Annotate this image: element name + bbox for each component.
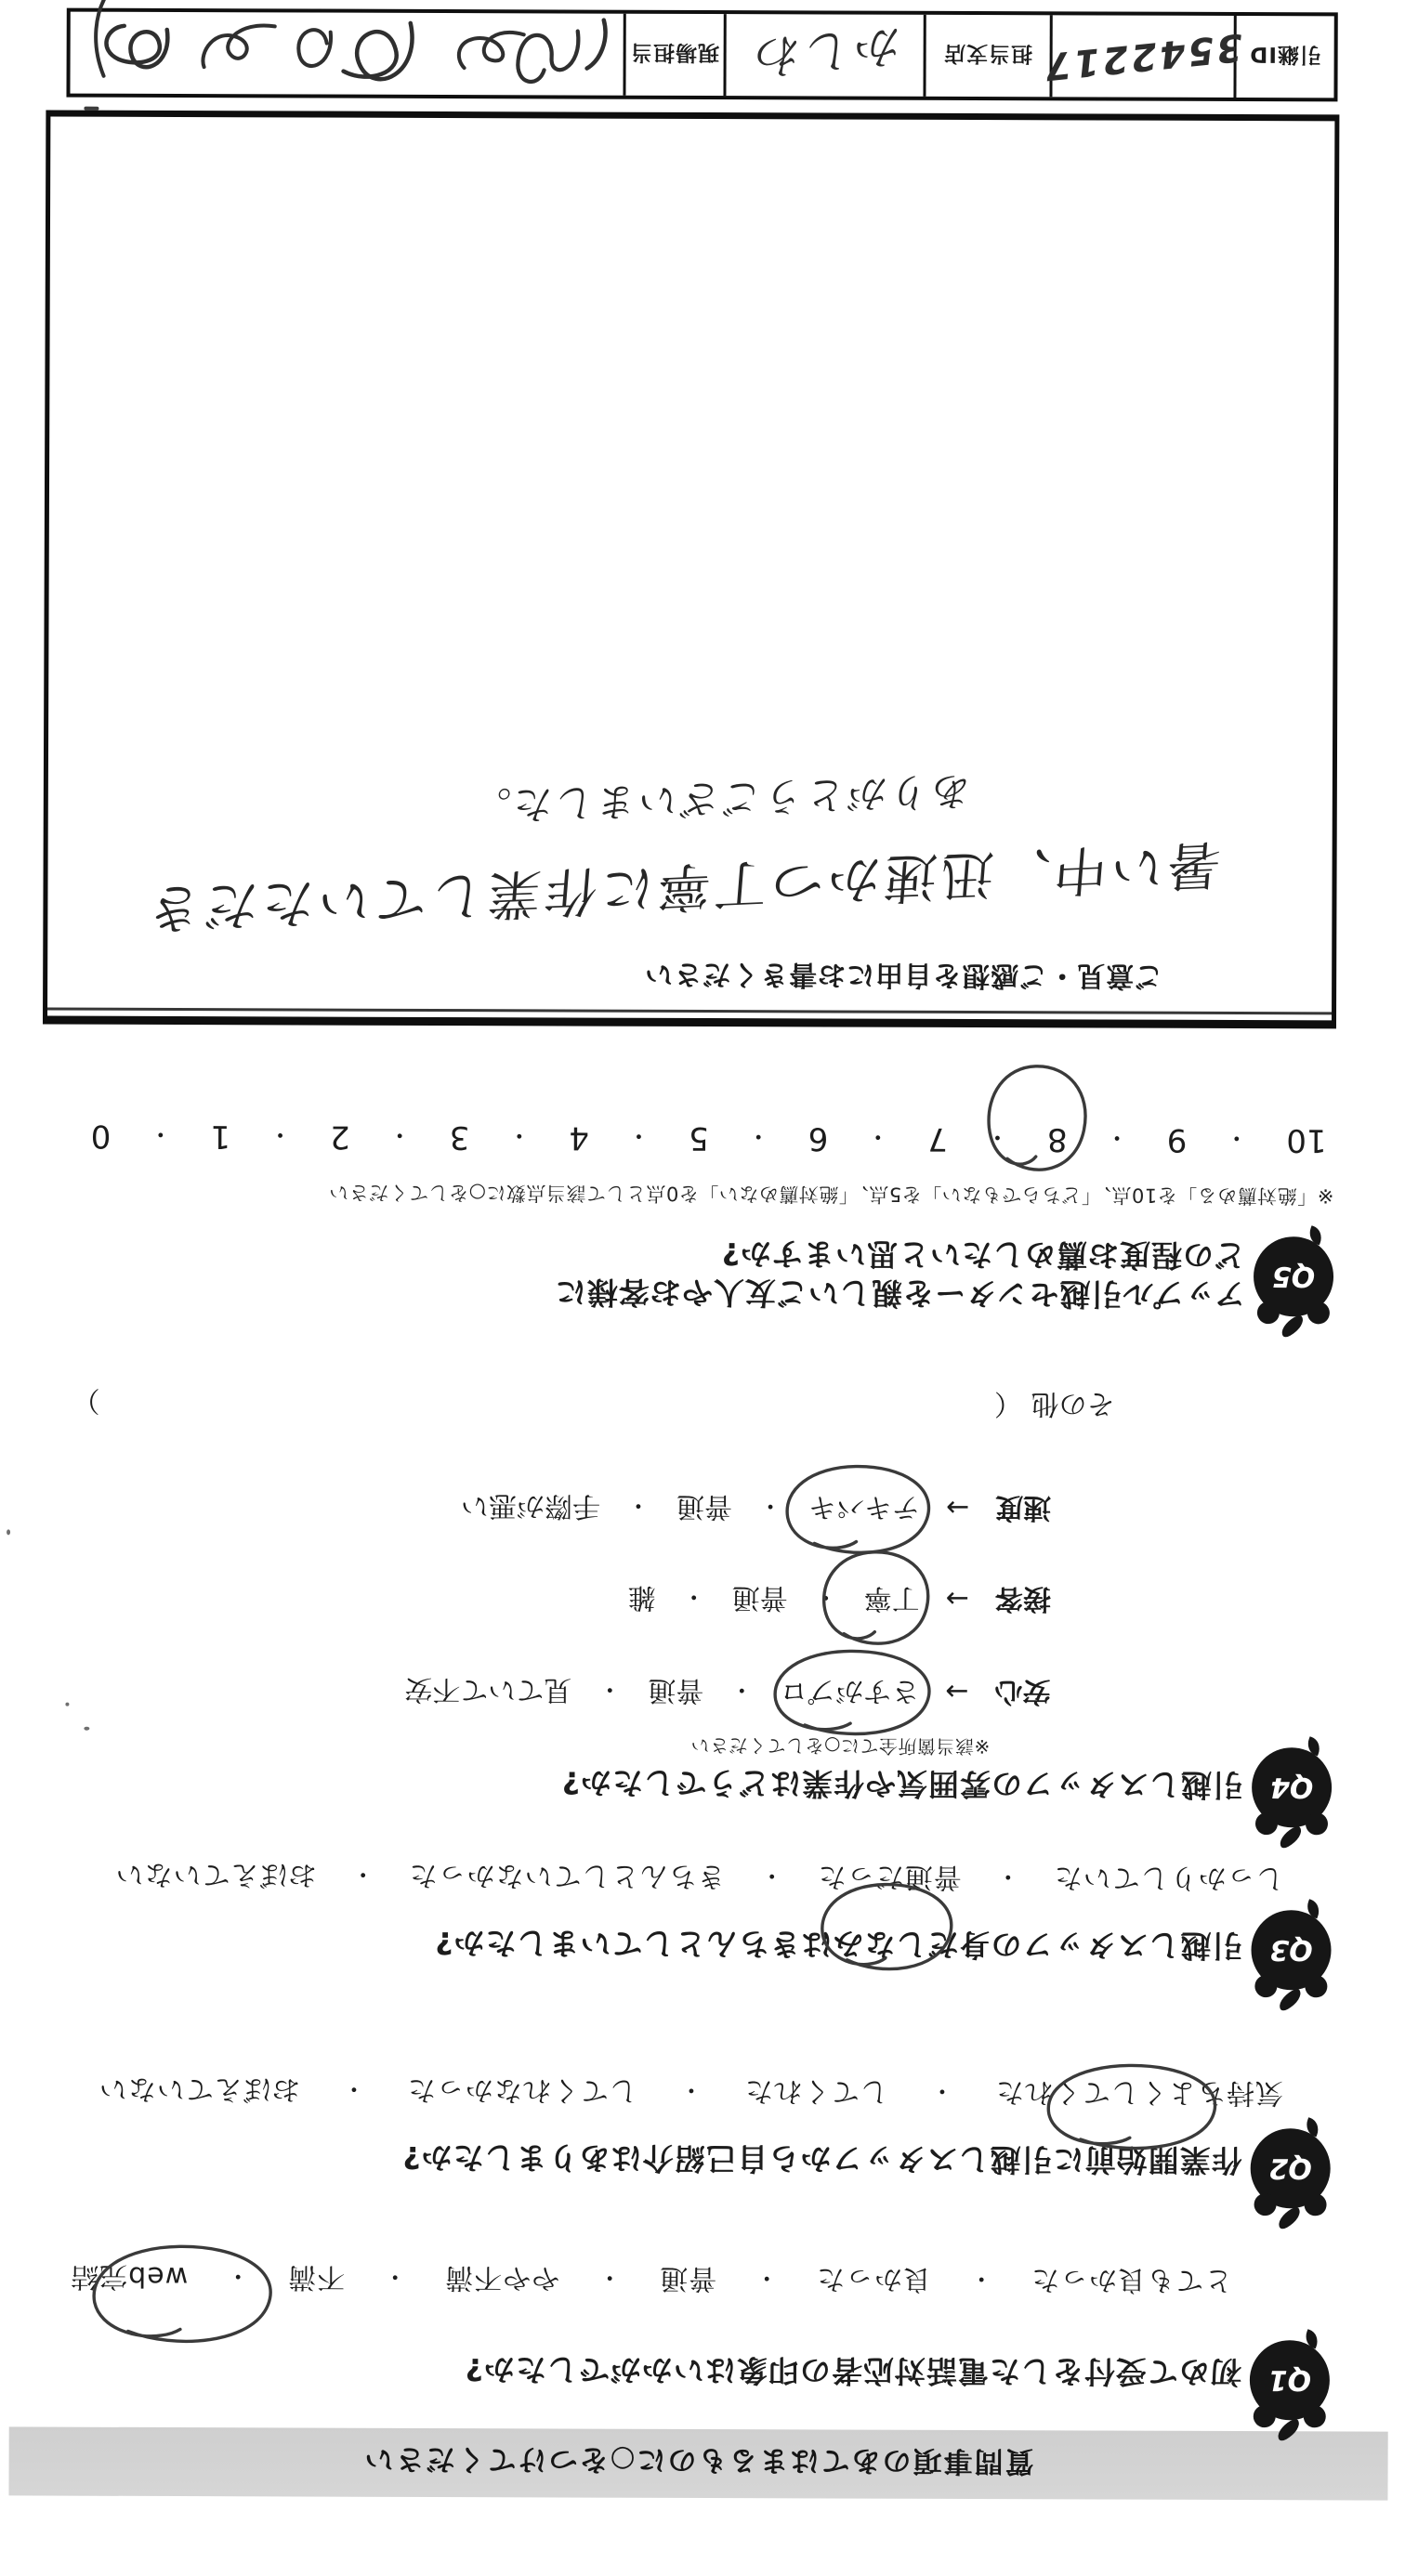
q3-badge-leaf-icon	[1275, 1987, 1305, 2012]
handwritten-crew-signature	[72, 2, 621, 106]
instruction-bar: 質問事項のあてはまるものに○をつけてください	[8, 2426, 1387, 2500]
scan-speck	[84, 1727, 89, 1731]
q3-option-circled: 普通だった	[818, 1859, 962, 1901]
q1-question-text: 初めて受付をした電話対応者の印象はいかがでしたか?	[465, 2349, 1241, 2396]
q2-option: してくれた	[744, 2073, 888, 2115]
handoff-id-cell: 3542217	[1049, 15, 1233, 98]
q2-badge-leaf-icon	[1275, 2205, 1305, 2230]
scale-value: 3	[450, 1118, 470, 1156]
option-separator: ・	[729, 1674, 754, 1708]
q4-badge-icon: Q4	[1252, 1747, 1332, 1827]
q1-badge-label: Q1	[1268, 2364, 1312, 2397]
instruction-bar-text: 質問事項のあてはまるものに○をつけてください	[362, 2441, 1033, 2486]
scan-dash	[84, 107, 98, 111]
q5-badge-leaf-icon	[1278, 1314, 1307, 1339]
q3-option: きちんとしていなかった	[409, 1858, 726, 1900]
q1-option: とても良かった	[1031, 2262, 1232, 2304]
q1-option: やや不満	[444, 2260, 559, 2301]
option-separator: ・	[225, 2260, 250, 2295]
q4-badge-leaf-icon	[1276, 1824, 1306, 1850]
scale-value: 6	[808, 1119, 829, 1157]
arrow-icon: →	[946, 1582, 969, 1615]
q4-badge-label: Q4	[1270, 1772, 1314, 1804]
q4-other-paren-open: （	[994, 1387, 1022, 1419]
option-separator: ・	[929, 2075, 954, 2110]
scale-value: 1	[210, 1118, 230, 1155]
scale-value: 7	[927, 1120, 948, 1157]
q4-row-sokudo: 速度 → テキパキ ・ 普通 ・ 手際が悪い	[461, 1488, 1051, 1531]
option-separator: ・	[759, 1860, 784, 1894]
q4-other-label: その他	[1031, 1387, 1115, 1419]
q4-row-label: 安心	[994, 1674, 1050, 1715]
arrow-icon: →	[945, 1675, 968, 1707]
q3-badge-tail-icon	[1304, 1899, 1322, 1918]
scale-separator: ・	[387, 1119, 412, 1154]
handoff-crew-cell	[70, 12, 623, 96]
q4-option: 雑	[628, 1580, 656, 1621]
q1-options-row: とても良かった ・ 良かった ・ 普通 ・ やや不満 ・ 不満 ・ web完結	[70, 2259, 1232, 2304]
q3-badge-icon: Q3	[1251, 1910, 1331, 1990]
q5-badge-tail-icon	[1307, 1225, 1325, 1245]
scale-separator: ・	[507, 1119, 532, 1154]
q4-option: 普通	[676, 1489, 732, 1530]
q2-badge-tail-icon	[1303, 2117, 1321, 2137]
handoff-branch-cell: かしわ	[723, 14, 923, 97]
q2-badge-label: Q2	[1268, 2152, 1312, 2185]
q4-option: 見ていて不安	[404, 1672, 571, 1714]
option-separator: ・	[814, 1581, 838, 1615]
scale-value: 2	[330, 1118, 350, 1156]
q2-option: おぼえていない	[98, 2072, 300, 2113]
scan-double-line	[47, 1008, 1332, 1015]
q5-note-text: ※「絶対薦める」を10点、「どちらでもない」を5点、「絶対薦めない」を0点として…	[329, 1180, 1334, 1211]
scan-speck	[65, 1703, 69, 1706]
scan-speck	[7, 1529, 10, 1535]
handwritten-branch-value: かしわ	[748, 15, 901, 95]
q2-options-row: 気持ちよくしてくれた ・ してくれた ・ してくれなかった ・ おぼえていない	[98, 2072, 1283, 2116]
q1-option-circled: web完結	[70, 2259, 188, 2300]
scanned-survey-page: 質問事項のあてはまるものに○をつけてください Q1 初めて受付をした電話対応者の…	[0, 0, 1405, 2576]
q4-note-text: ※該当箇所全てに○をしてください	[690, 1733, 990, 1761]
option-separator: ・	[754, 2262, 779, 2296]
handoff-branch-label: 担当支店	[923, 15, 1049, 97]
q1-option: 不満	[287, 2259, 345, 2300]
handoff-table: 引継ID 3542217 担当支店 かしわ 現場担当	[66, 8, 1337, 102]
option-separator: ・	[382, 2261, 407, 2295]
q4-option: 手際が悪い	[461, 1488, 600, 1530]
handwritten-comment-line1: 暑い中、迅速かつ丁寧に作業していただき	[141, 830, 1224, 951]
scale-separator: ・	[866, 1121, 890, 1156]
option-separator: ・	[682, 1581, 706, 1615]
q5-question-line2: どの程度お薦めしたいと思いますか?	[721, 1234, 1245, 1279]
option-separator: ・	[597, 1674, 622, 1708]
q2-badge-icon: Q2	[1251, 2128, 1331, 2208]
q1-option: 良かった	[816, 2261, 931, 2302]
scale-separator: ・	[1105, 1122, 1129, 1157]
q4-row-label: 速度	[995, 1490, 1051, 1531]
q4-badge-tail-icon	[1305, 1736, 1323, 1756]
option-separator: ・	[758, 1490, 782, 1524]
scale-value: 9	[1167, 1121, 1188, 1158]
q2-option: してくれなかった	[407, 2073, 637, 2114]
q1-badge-tail-icon	[1303, 2329, 1321, 2348]
q4-option-circled: 丁寧	[864, 1581, 920, 1622]
q5-badge-label: Q5	[1272, 1261, 1316, 1293]
q5-question-line1: アップル引越センターを親しいご友人やお客様に	[555, 1272, 1245, 1318]
q3-options-row: しっかりしていた ・ 普通だった ・ きちんとしていなかった ・ おぼえていない	[115, 1857, 1284, 1902]
q3-option: おぼえていない	[115, 1857, 317, 1899]
q1-option: 普通	[659, 2261, 716, 2302]
q4-question-text: 引越しスタッフの雰囲気や作業はどうでしたか?	[561, 1762, 1243, 1809]
scale-value: 0	[91, 1118, 112, 1155]
option-separator: ・	[597, 2262, 622, 2296]
q4-other-paren-close: ）	[72, 1383, 99, 1424]
scale-separator: ・	[985, 1121, 1009, 1156]
q5-scale-row: 10 ・ 9 ・ 8 ・ 7 ・ 6 ・ 5 ・ 4 ・ 3 ・ 2 ・ 1 ・…	[90, 1118, 1326, 1159]
scale-separator: ・	[1225, 1122, 1249, 1157]
scale-separator: ・	[268, 1118, 292, 1153]
q4-row-sekkyaku: 接客 → 丁寧 ・ 普通 ・ 雑	[628, 1580, 1051, 1623]
q4-row-anshin: 安心 → さすがプロ ・ 普通 ・ 見ていて不安	[404, 1672, 1050, 1715]
scale-value: 4	[569, 1118, 589, 1156]
comment-box: ご意見・ご感想を自由にお書きください 暑い中、迅速かつ丁寧に作業していただき あ…	[43, 111, 1339, 1029]
handoff-crew-label: 現場担当	[623, 14, 723, 96]
option-separator: ・	[341, 2073, 366, 2108]
q4-other-row: その他 （	[994, 1386, 1115, 1427]
scale-value-circled: 8	[1047, 1120, 1068, 1157]
q3-question-text: 引越しスタッフの身だしなみはきちんとしていましたか?	[434, 1923, 1242, 1969]
scale-separator: ・	[149, 1118, 173, 1153]
scale-separator: ・	[626, 1120, 650, 1155]
q3-option: しっかりしていた	[1054, 1860, 1284, 1902]
option-separator: ・	[995, 1861, 1020, 1895]
handwritten-comment-line2: ありがとうございました。	[466, 765, 972, 836]
handwritten-id-value: 3542217	[1041, 24, 1245, 88]
comment-box-label: ご意見・ご感想を自由にお書きください	[644, 957, 1162, 1000]
q5-badge-icon: Q5	[1254, 1236, 1333, 1316]
q4-option-circled: テキパキ	[808, 1489, 920, 1530]
q4-option: 普通	[648, 1673, 703, 1714]
option-separator: ・	[626, 1490, 650, 1524]
q2-option-circled: 気持ちよくしてくれた	[995, 2074, 1283, 2116]
q4-option-circled: さすがプロ	[780, 1673, 919, 1715]
scale-value: 10	[1286, 1121, 1326, 1158]
q2-question-text: 作業開始前に引越しスタッフから自己紹介はありましたか?	[401, 2138, 1241, 2184]
arrow-icon: →	[946, 1491, 969, 1523]
scale-value: 5	[689, 1119, 709, 1157]
handoff-id-label: 引継ID	[1233, 16, 1333, 98]
q1-badge-icon: Q1	[1250, 2340, 1330, 2420]
q4-option: 普通	[732, 1580, 788, 1621]
option-separator: ・	[968, 2263, 993, 2297]
option-separator: ・	[678, 2074, 703, 2109]
scanned-survey-sheet: 質問事項のあてはまるものに○をつけてください Q1 初めて受付をした電話対応者の…	[0, 0, 1405, 2576]
q3-badge-label: Q3	[1269, 1934, 1313, 1967]
option-separator: ・	[350, 1859, 375, 1893]
q4-row-label: 接客	[995, 1581, 1051, 1622]
scale-separator: ・	[746, 1120, 770, 1155]
